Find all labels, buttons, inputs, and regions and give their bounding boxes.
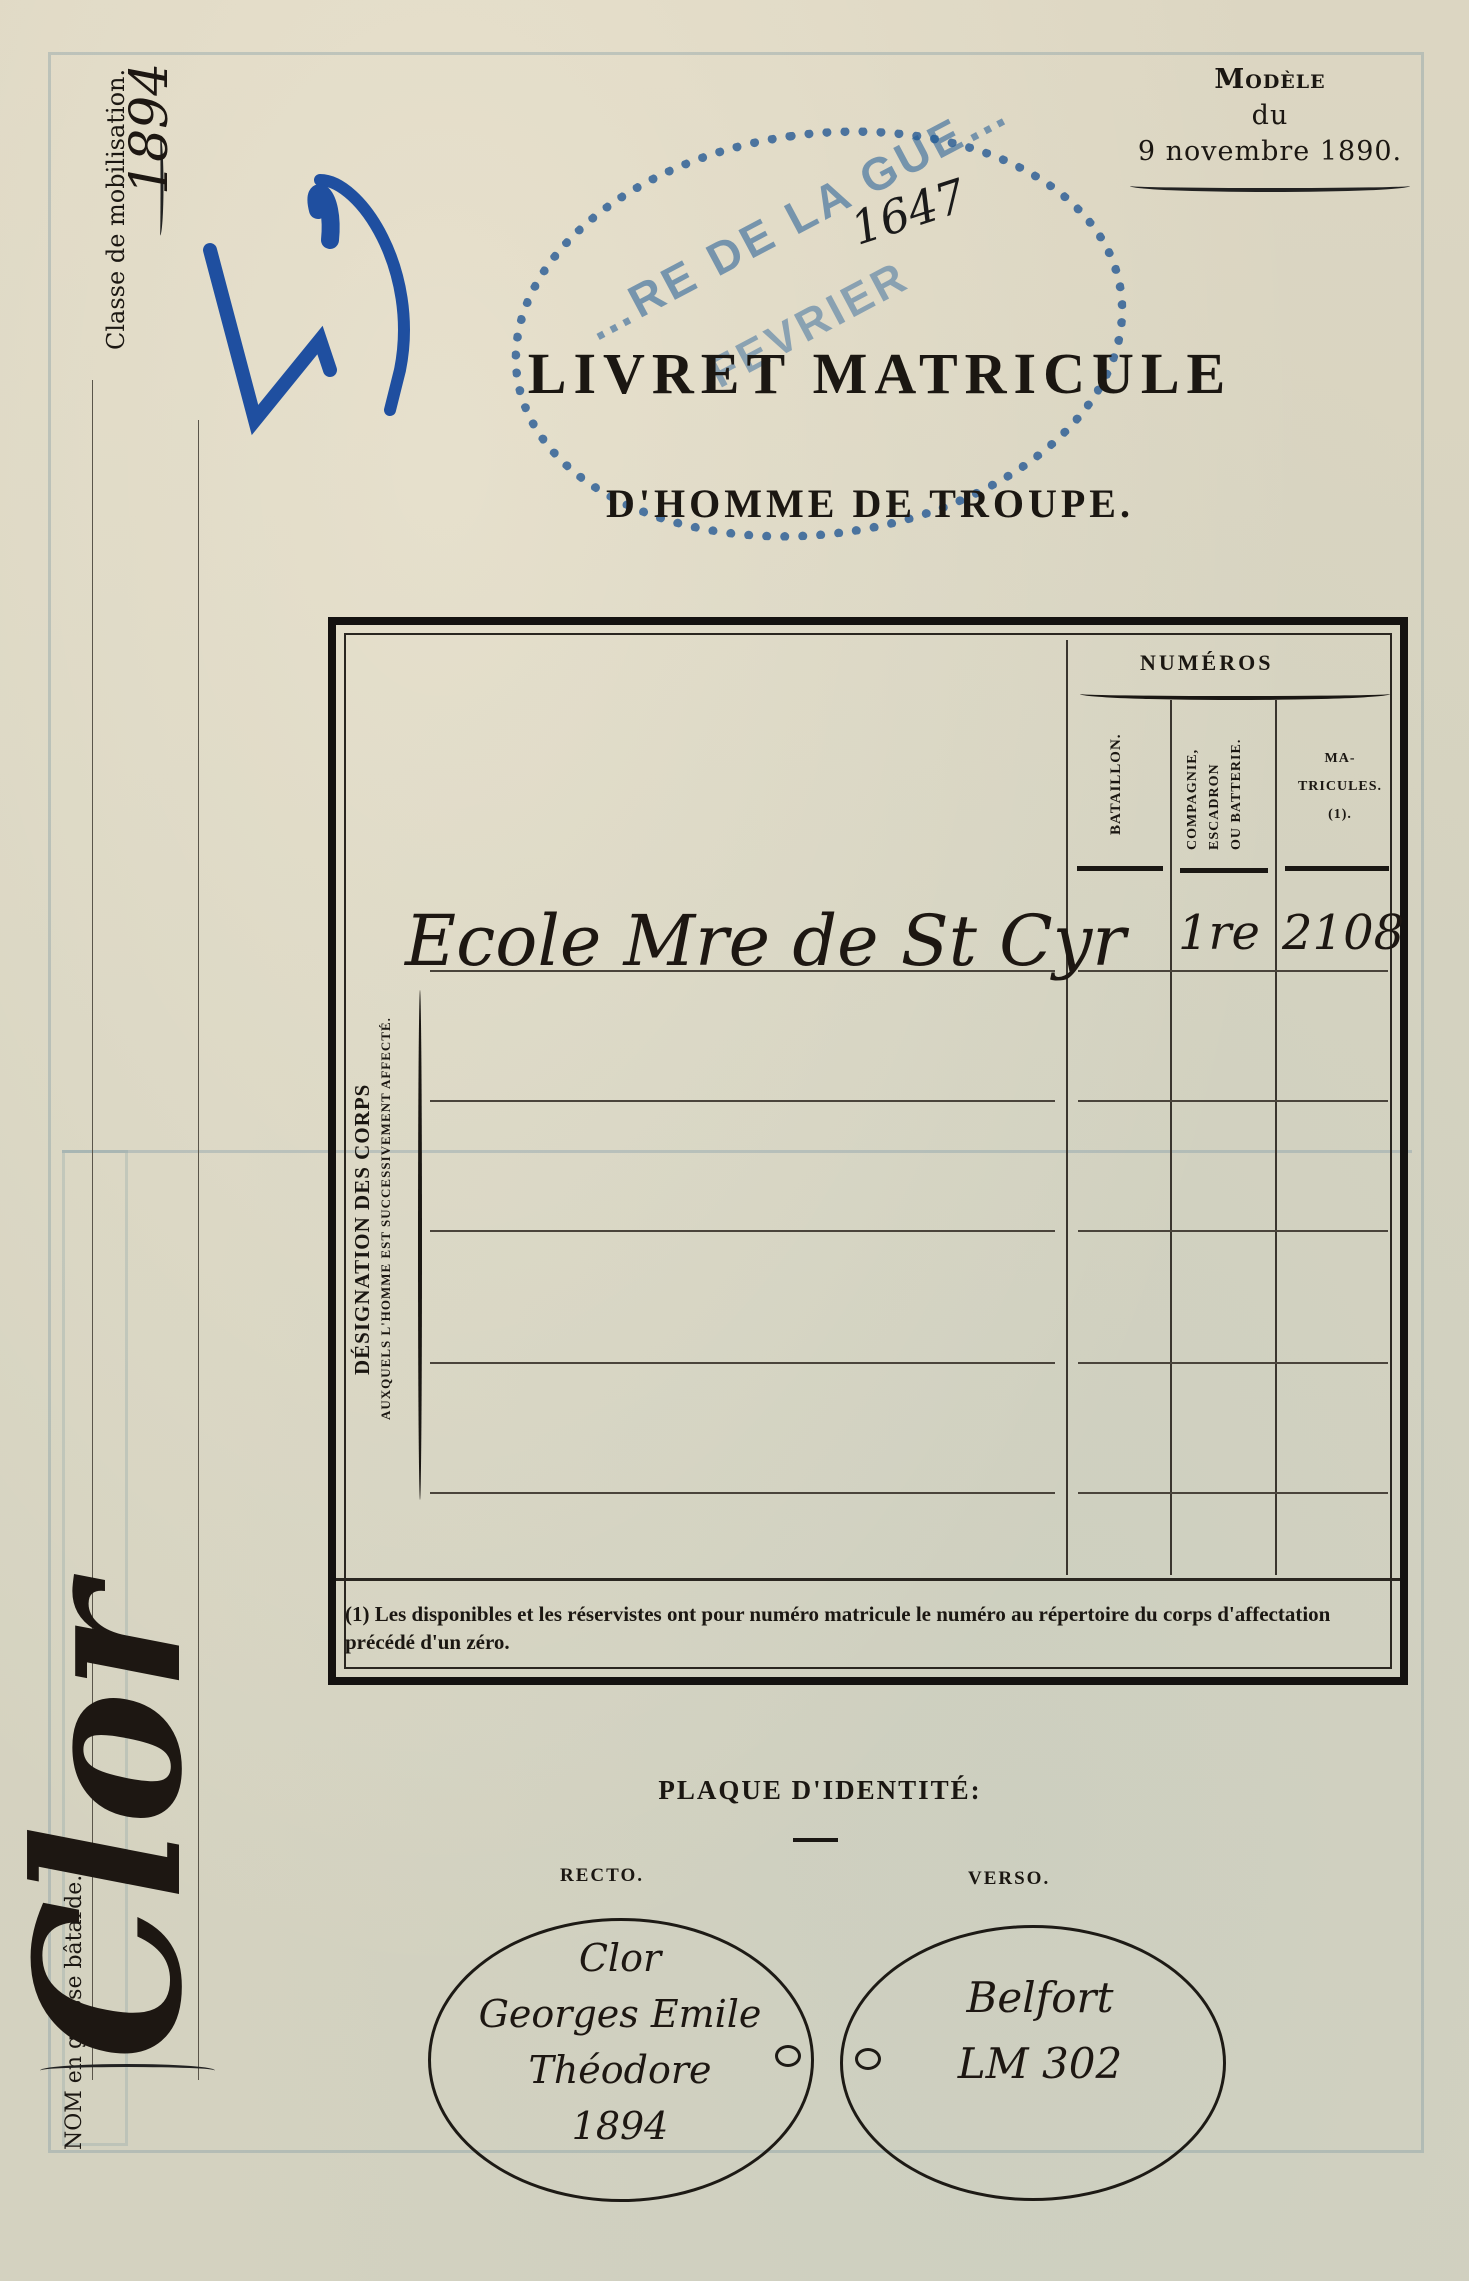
table-row-corps: Ecole Mre de St Cyr (405, 900, 1126, 982)
blue-crayon-mark (200, 150, 430, 440)
compagnie-header: COMPAGNIE, ESCADRON OU BATTERIE. (1182, 739, 1248, 850)
designation-header: DÉSIGNATION DES CORPS (350, 1084, 375, 1375)
designation-subheader: AUXQUELS L'HOMME EST SUCCESSIVEMENT AFFE… (378, 1017, 394, 1420)
footnote: (1) Les disponibles et les réservistes o… (345, 1600, 1395, 1656)
footnote-separator (336, 1578, 1400, 1581)
matricules-header: MA- TRICULES. (1). (1285, 745, 1395, 829)
row-line (1078, 1492, 1388, 1494)
modele-caption: Modèle du 9 novembre 1890. (1120, 62, 1420, 170)
recto-label: RECTO. (560, 1865, 644, 1887)
bracket (418, 990, 422, 1500)
numeros-header: NUMÉROS (1140, 650, 1273, 676)
row-line (1078, 1362, 1388, 1364)
document-subtitle: D'HOMME DE TROUPE. (560, 480, 1180, 527)
classe-value: 1894 (120, 63, 180, 195)
brace (40, 2064, 215, 2077)
header-rule (1285, 866, 1389, 871)
header-rule (1180, 868, 1268, 873)
table-row-matricule: 2108 (1282, 905, 1404, 961)
ornament-rule (1080, 688, 1390, 700)
column-divider (1066, 640, 1068, 1575)
column-divider (1170, 700, 1172, 1575)
row-line (430, 1362, 1055, 1364)
row-line (1078, 1230, 1388, 1232)
column-divider (1275, 700, 1277, 1575)
bataillon-header: BATAILLON. (1108, 733, 1125, 835)
plaque-verso-text: Belfort LM 302 (880, 1965, 1200, 2097)
plaque-hole (855, 2048, 881, 2070)
nom-value: Clor (10, 1586, 210, 2060)
row-line (430, 1492, 1055, 1494)
plaque-recto-text: Clor Georges Emile Théodore 1894 (440, 1930, 800, 2154)
short-rule (793, 1838, 838, 1842)
row-line (430, 1230, 1055, 1232)
header-rule (1077, 866, 1163, 871)
verso-label: VERSO. (968, 1868, 1050, 1890)
livret-matricule-page: Classe de mobilisation. 1894 NOM en gros… (0, 0, 1469, 2281)
plaque-title: PLAQUE D'IDENTITÉ: (560, 1775, 1080, 1806)
row-line (430, 1100, 1055, 1102)
document-title: LIVRET MATRICULE (520, 340, 1240, 407)
ornament-rule (1130, 180, 1410, 192)
row-line (1078, 1100, 1388, 1102)
table-row-compagnie: 1re (1178, 905, 1260, 961)
